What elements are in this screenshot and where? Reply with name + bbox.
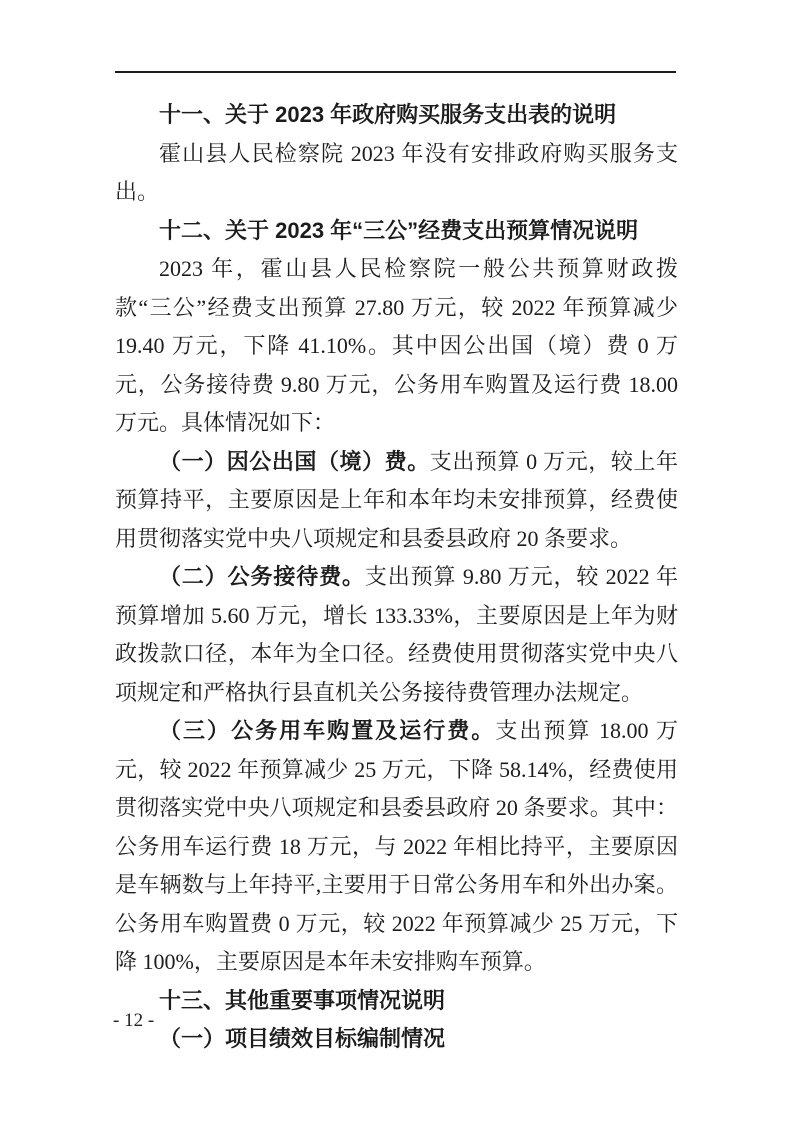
paragraph-lead-label: （一）因公出国（境）费。 — [159, 449, 430, 474]
section-heading: （一）项目绩效目标编制情况 — [115, 1020, 678, 1059]
body-paragraph: （二）公务接待费。支出预算 9.80 万元，较 2022 年预算增加 5.60 … — [115, 558, 678, 712]
document-page: 十一、关于 2023 年政府购买服务支出表的说明霍山县人民检察院 2023 年没… — [0, 0, 793, 1122]
header-rule — [115, 71, 676, 73]
paragraph-lead-label: （二）公务接待费。 — [159, 564, 365, 589]
text-run: 霍山县人民检察院 2023 年没有安排政府购买服务支出。 — [115, 141, 678, 205]
body-paragraph: 2023 年，霍山县人民检察院一般公共预算财政拨款“三公”经费支出预算 27.8… — [115, 250, 678, 443]
body-paragraph: （三）公务用车购置及运行费。支出预算 18.00 万元，较 2022 年预算减少… — [115, 712, 678, 982]
text-run: 2023 年，霍山县人民检察院一般公共预算财政拨款“三公”经费支出预算 27.8… — [115, 256, 678, 435]
body-paragraph: 霍山县人民检察院 2023 年没有安排政府购买服务支出。 — [115, 135, 678, 212]
paragraph-lead-label: （三）公务用车购置及运行费。 — [159, 718, 495, 743]
section-heading: 十一、关于 2023 年政府购买服务支出表的说明 — [115, 96, 678, 135]
page-number: - 12 - — [113, 1010, 154, 1032]
text-run: 支出预算 18.00 万元，较 2022 年预算减少 25 万元，下降 58.1… — [115, 718, 678, 974]
body-paragraph: （一）因公出国（境）费。支出预算 0 万元，较上年预算持平，主要原因是上年和本年… — [115, 443, 678, 559]
section-heading: 十三、其他重要事项情况说明 — [115, 982, 678, 1021]
document-body: 十一、关于 2023 年政府购买服务支出表的说明霍山县人民检察院 2023 年没… — [115, 96, 678, 1059]
section-heading: 十二、关于 2023 年“三公”经费支出预算情况说明 — [115, 212, 678, 251]
